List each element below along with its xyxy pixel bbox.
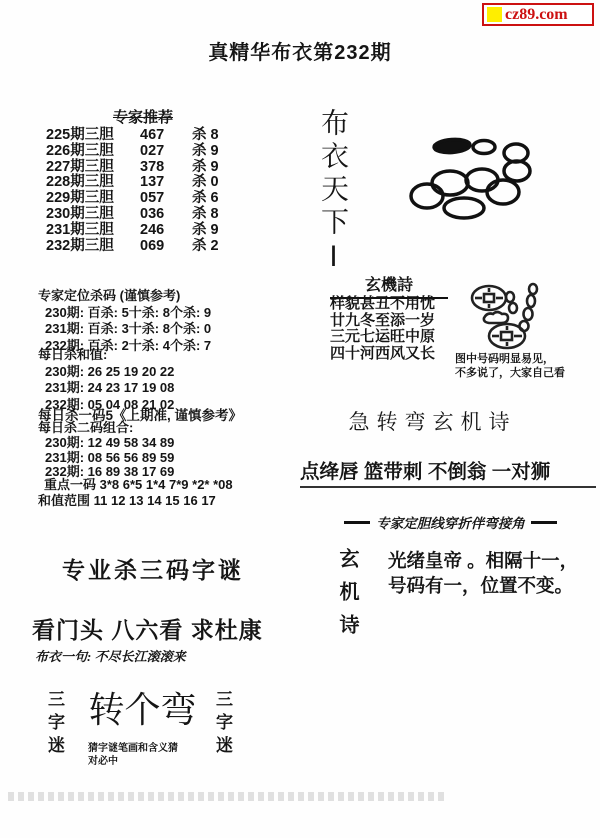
hint-line: 光绪皇帝 。相隔十一， [388,548,578,573]
recommend-row: 229期三胆 057 杀 6 [46,191,261,207]
expert-recommend-header: 专家推荐 [88,106,198,127]
row-period: 232期三胆 [46,239,140,255]
row-dan: 036 [140,207,192,223]
expert-dan-divider: 专家定胆线穿折伴弯接角 [313,512,588,532]
three-char-riddle-label-right: 三字迷 [210,690,235,759]
positional-kill-section: 专家定位杀码 (谨慎参考) 230期: 百杀: 5十杀: 8个杀: 9 231期… [38,288,211,354]
page-title: 真精华布衣第232期 [0,36,600,65]
buyi-tianxia-title: 布衣天下Ⅰ [312,108,352,278]
xuanji-poem: 样貌甚丑不用忧 廿九冬至添一岁 三元七运旺中原 四十河西风又长 [330,296,435,362]
kill-three-codes-title: 专业杀三码字谜 [38,552,268,585]
recommend-row: 225期三胆 467 杀 8 [46,128,261,144]
sum-row: 230期: 26 25 19 20 22 [45,364,174,381]
expert-recommend-list: 225期三胆 467 杀 8 226期三胆 027 杀 9 227期三胆 378… [46,128,261,254]
caption-line: 图中号码明显易见， [455,352,565,366]
row-period: 225期三胆 [46,128,140,144]
row-kill: 杀 2 [192,239,261,255]
poem-line: 样貌甚丑不用忧 [330,296,435,313]
row-kill: 杀 8 [192,128,261,144]
row-dan: 069 [140,239,192,255]
hint-line: 号码有一，位置不变。 [388,573,578,598]
sharp-turn-poem-line: 点绛唇 篮带刺 不倒翁 一对狮 [300,456,596,488]
three-char-riddle-label-left: 三字迷 [42,690,67,759]
recommend-row: 228期三胆 137 杀 0 [46,175,261,191]
sum-row: 231期: 24 23 17 19 08 [45,380,174,397]
xuanjishi-vertical-label: 玄机诗 [333,548,362,647]
row-period: 226期三胆 [46,144,140,160]
coin-sketch-caption: 图中号码明显易见， 不多说了，大家自己看 [455,352,565,380]
section-header: 每日杀和值: [38,347,174,364]
row-dan: 027 [140,144,192,160]
combo-row: 231期: 08 56 56 89 59 [45,451,174,466]
buyi-lottery-sheet: cz89.com 真精华布衣第232期 专家推荐 225期三胆 467 杀 8 … [0,0,600,838]
site-logo[interactable]: cz89.com [482,3,594,26]
kill-row: 231期: 百杀: 3十杀: 8个杀: 0 [45,321,211,338]
coins-sketch [457,276,572,356]
kill-row: 230期: 百杀: 5十杀: 8个杀: 9 [45,305,211,322]
divider-bar-right [531,521,557,524]
row-period: 229期三胆 [46,191,140,207]
section-header: 专家定位杀码 (谨慎参考) [38,288,211,305]
daily-kill-two-section: 每日杀二码组合: 230期: 12 49 58 34 89 231期: 08 5… [38,421,174,480]
divider-bar-left [344,521,370,524]
combo-row: 230期: 12 49 58 34 89 [45,436,174,451]
logo-text: cz89.com [505,7,568,23]
section-header: 每日杀二码组合: [38,421,174,436]
row-period: 231期三胆 [46,223,140,239]
row-kill: 杀 0 [192,175,261,191]
sum-range-line: 和值范围 11 12 13 14 15 16 17 [38,490,216,509]
row-dan: 467 [140,128,192,144]
logo-yellow-square-icon [487,7,502,22]
note-line: 猜字谜笔画和含义猜 [88,742,178,755]
expert-dan-hint: 光绪皇帝 。相隔十一， 号码有一，位置不变。 [388,548,578,598]
divider-label: 专家定胆线穿折伴弯接角 [376,512,525,532]
recommend-row: 226期三胆 027 杀 9 [46,144,261,160]
row-dan: 378 [140,160,192,176]
poem-line: 廿九冬至添一岁 [330,313,435,330]
row-period: 230期三胆 [46,207,140,223]
buyi-sentence: 布衣一句: 不尽长江滚滚来 [35,646,186,665]
row-dan: 246 [140,223,192,239]
faint-watermark-text [8,792,448,801]
recommend-row: 232期三胆 069 杀 2 [46,239,261,255]
riddle-answer: 转个弯 [85,682,200,733]
sharp-turn-poem-title: 急转弯玄机诗 [340,406,525,436]
row-kill: 杀 8 [192,207,261,223]
caption-line: 不多说了，大家自己看 [455,366,565,380]
row-kill: 杀 9 [192,144,261,160]
row-dan: 137 [140,175,192,191]
recommend-row: 231期三胆 246 杀 9 [46,223,261,239]
note-line: 对必中 [88,755,178,768]
row-period: 228期三胆 [46,175,140,191]
poem-line: 三元七运旺中原 [330,329,435,346]
riddle-answer-note: 猜字谜笔画和含义猜 对必中 [88,742,178,768]
row-kill: 杀 6 [192,191,261,207]
riddle-line: 看门头 八六看 求杜康 [32,612,287,645]
recommend-row: 230期三胆 036 杀 8 [46,207,261,223]
row-kill: 杀 9 [192,223,261,239]
poem-line: 四十河西风又长 [330,346,435,363]
row-dan: 057 [140,191,192,207]
oval-cluster-sketch [402,128,562,233]
